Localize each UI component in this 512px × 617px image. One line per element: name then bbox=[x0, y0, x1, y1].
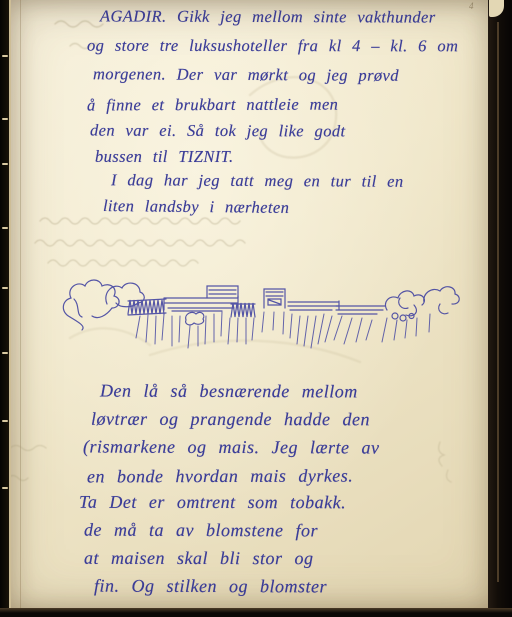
journal-line: bussen til TIZNIT. bbox=[95, 147, 234, 167]
journal-line: og store tre luksushoteller fra kl 4 – k… bbox=[87, 36, 458, 57]
binding-stitch bbox=[2, 163, 8, 165]
journal-line: Den lå så besnærende mellom bbox=[100, 381, 358, 403]
binding-stitch bbox=[2, 118, 8, 120]
journal-line: løvtrær og prangende hadde den bbox=[91, 409, 370, 430]
journal-line: I dag har jeg tatt meg en tur til en bbox=[111, 170, 404, 192]
book-edge-bottom bbox=[0, 608, 512, 617]
page-number: 4 bbox=[469, 1, 474, 11]
book-binding bbox=[0, 0, 9, 617]
page-edge-highlight bbox=[497, 22, 499, 582]
journal-line: Ta Det er omtrent som tobakk. bbox=[79, 492, 346, 513]
binding-stitch bbox=[2, 352, 8, 354]
binding-stitch bbox=[2, 420, 8, 422]
journal-line: morgenen. Der var mørkt og jeg prøvd bbox=[93, 64, 399, 86]
journal-line: en bonde hvordan mais dyrkes. bbox=[87, 466, 353, 488]
village-sketch bbox=[52, 272, 482, 362]
sketch-tree-trunks bbox=[136, 312, 430, 348]
journal-line: fin. Og stilken og blomster bbox=[94, 576, 327, 598]
page-edge-left bbox=[9, 0, 11, 610]
journal-line: de må ta av blomstene for bbox=[84, 520, 318, 542]
journal-line: å finne et brukbart nattleie men bbox=[87, 95, 338, 116]
page-edges-right bbox=[488, 0, 512, 617]
journal-line: (rismarkene og mais. Jeg lærte av bbox=[83, 436, 380, 458]
binding-stitch bbox=[2, 287, 8, 289]
binding-stitch bbox=[2, 55, 8, 57]
binding-stitch bbox=[2, 487, 8, 489]
journal-line: den var ei. Så tok jeg like godt bbox=[90, 121, 346, 142]
journal-line: AGADIR. Gikk jeg mellom sinte vakthunder bbox=[100, 6, 436, 27]
journal-scan: AGADIR. Gikk jeg mellom sinte vakthunder… bbox=[0, 0, 512, 617]
journal-line: liten landsby i nærheten bbox=[103, 196, 290, 218]
binding-stitch bbox=[2, 227, 8, 229]
journal-line: at maisen skal bli stor og bbox=[84, 548, 314, 569]
